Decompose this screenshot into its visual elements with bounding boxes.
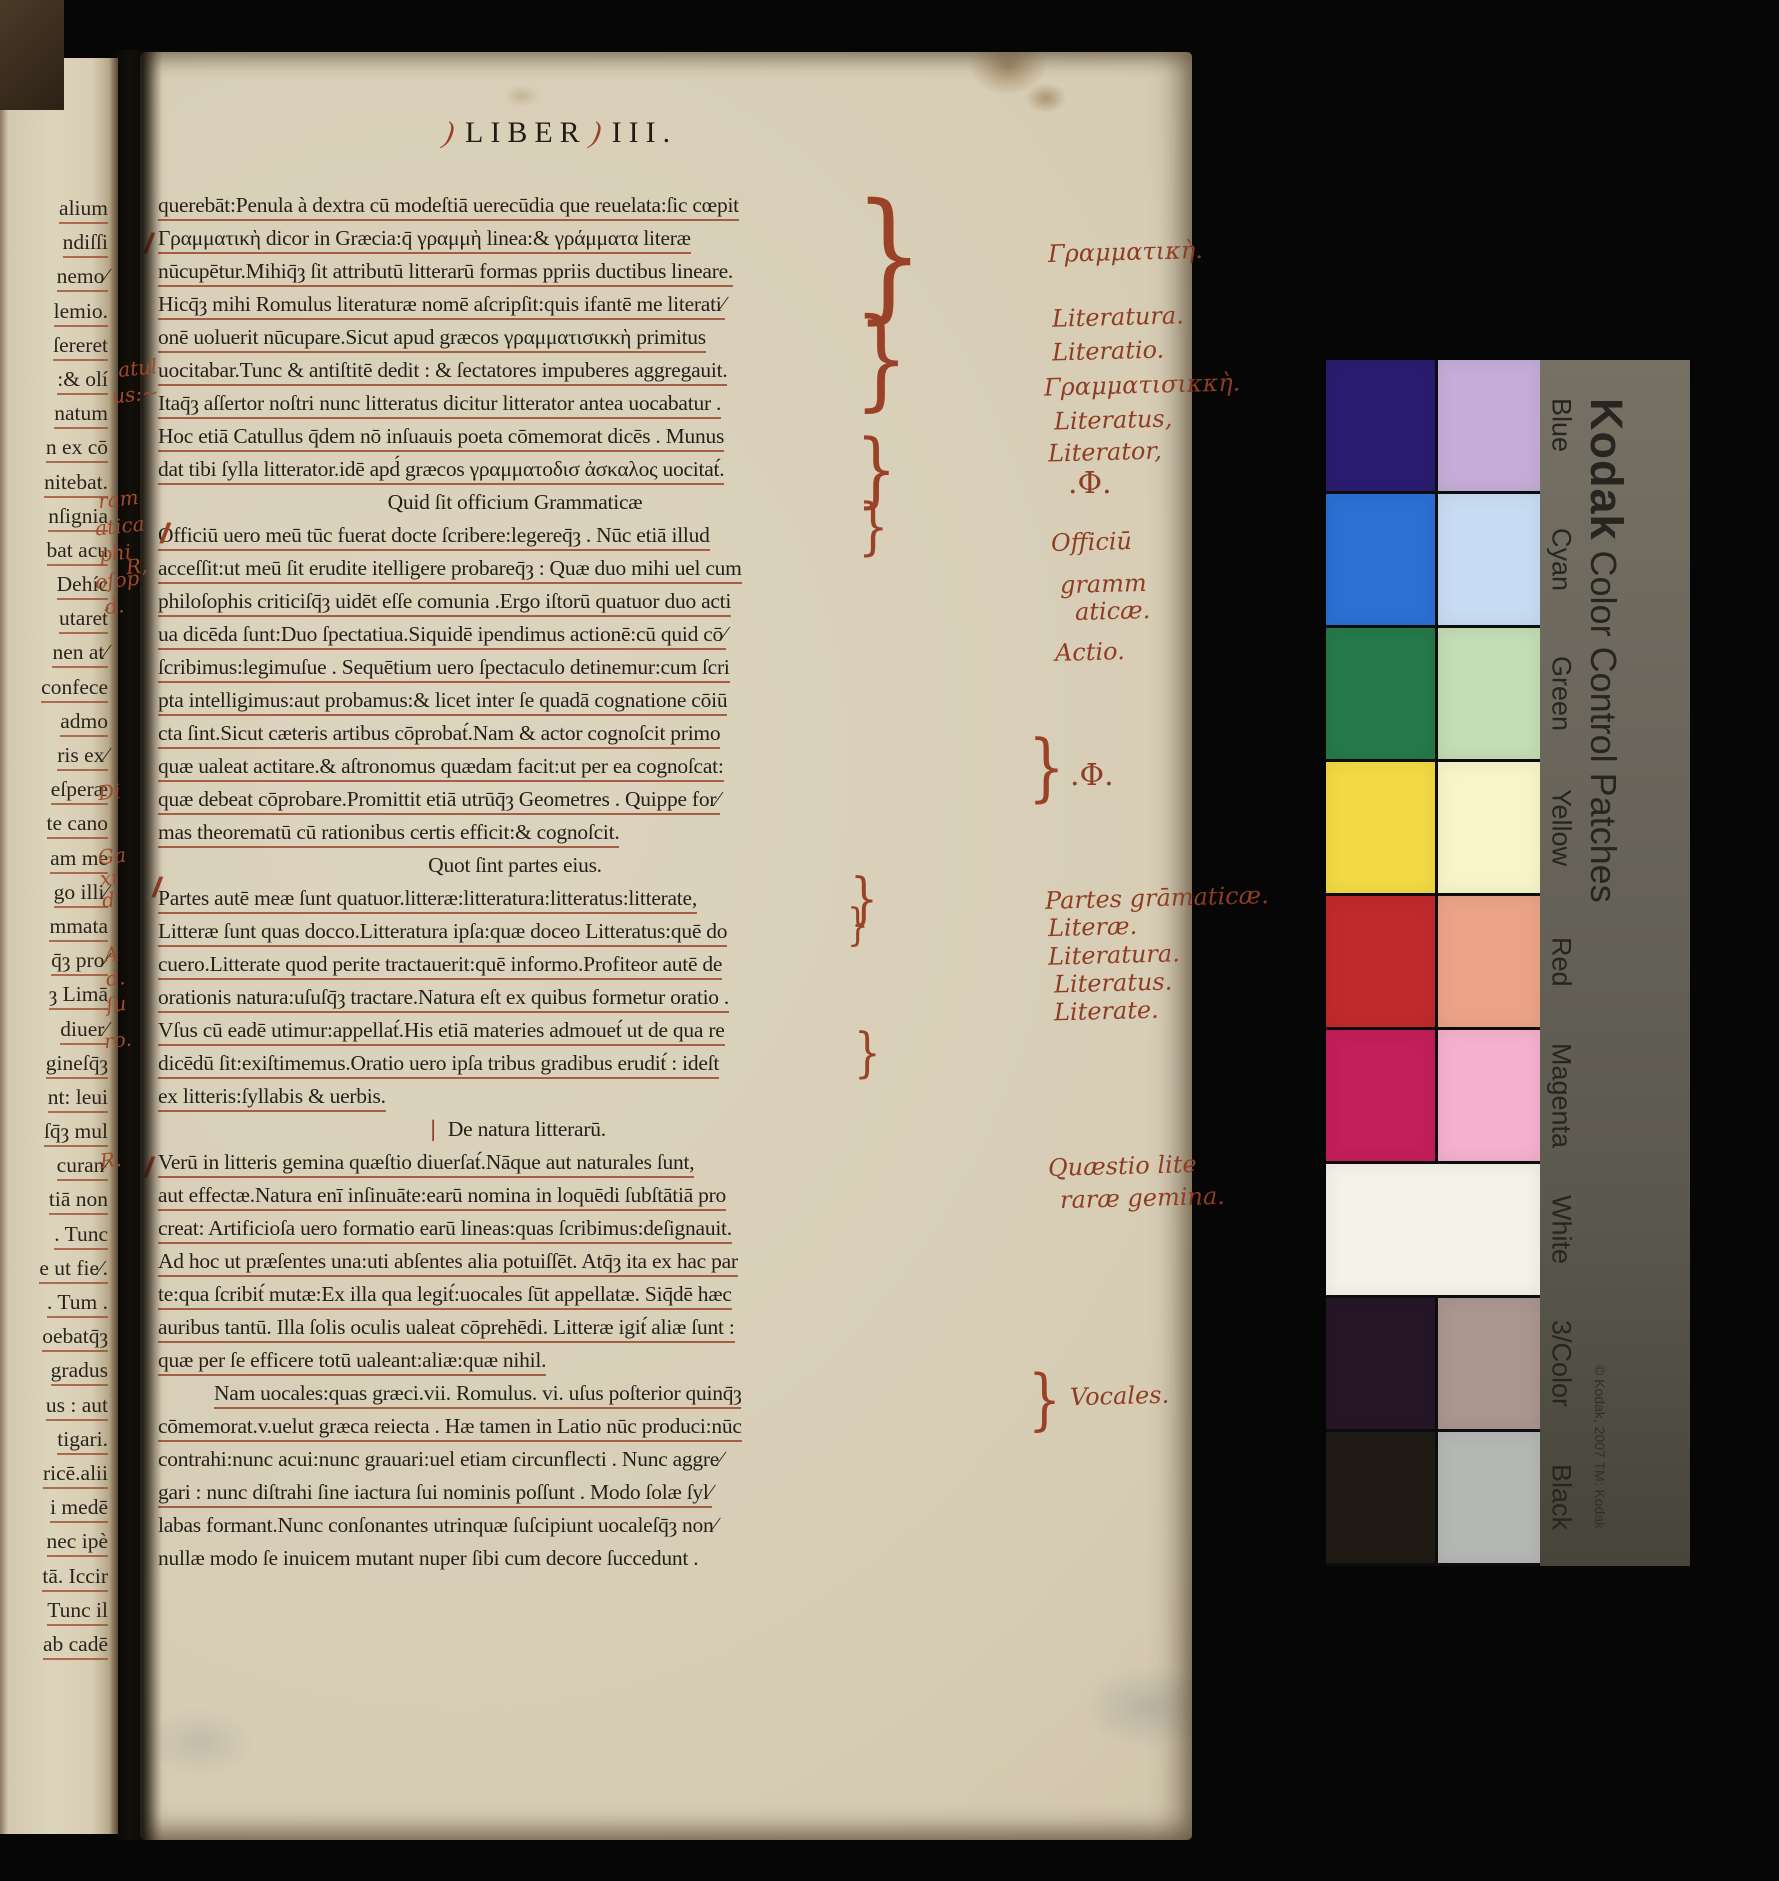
gutter-annotation: ſu bbox=[105, 991, 128, 1017]
red-paragraph-mark: ∕∕ bbox=[143, 1152, 149, 1182]
text-line-content: creat: Artificioſa uero formatio earū li… bbox=[158, 1216, 732, 1244]
facing-fragment-text: tiā non bbox=[49, 1187, 108, 1215]
text-line: Γραμματικὴ dicor in Græcia:q̄ γραμμὴ lin… bbox=[158, 226, 872, 259]
facing-text-fragment: :& olí bbox=[0, 367, 112, 401]
text-line: Vſus cū eadē utimur:appellat́.His etiā m… bbox=[158, 1018, 872, 1051]
facing-text-fragment: ricē.alii bbox=[0, 1461, 112, 1495]
facing-fragment-text: ȝ Limā bbox=[49, 982, 108, 1010]
section-heading: Quot ſint partes eius. bbox=[158, 853, 872, 886]
patch-label-magenta: Magenta bbox=[1540, 1030, 1582, 1161]
text-line: cta ſint.Sicut cæteris artibus cōprobat́… bbox=[158, 721, 872, 754]
facing-text-fragment: tigari. bbox=[0, 1427, 112, 1461]
margin-annotation: Officiū bbox=[1051, 527, 1133, 557]
facing-text-fragment: n ex cō bbox=[0, 435, 112, 469]
patch-label-green: Green bbox=[1540, 628, 1582, 759]
text-line: auribus tantū. Illa ſolis oculis ualeat … bbox=[158, 1315, 872, 1348]
text-line: Hicq̄ȝ mihi Romulus literaturæ nomē aſcr… bbox=[158, 292, 872, 325]
text-line: cōmemorat.v.uelut græca reiecta . Hæ tam… bbox=[158, 1414, 872, 1447]
text-line: gari : nunc diſtrahi ſine iactura ſui no… bbox=[158, 1480, 872, 1513]
card-copyright: © Kodak, 2007 TM: Kodak bbox=[1592, 1365, 1608, 1529]
patch-label-red: Red bbox=[1540, 896, 1582, 1027]
margin-annotation: Γραμματισικκὴ. bbox=[1044, 368, 1241, 401]
page-title-word: III. bbox=[612, 116, 677, 149]
text-line: querebāt:Penula à dextra cū modeſtiā uer… bbox=[158, 193, 872, 226]
red-brace-mark: } bbox=[847, 904, 869, 948]
text-line: orationis natura:uſuſq̄ȝ tractare.Natura… bbox=[158, 985, 872, 1018]
margin-annotation: Γραμματικὴ. bbox=[1048, 236, 1203, 268]
facing-text-fragment: ndiſſi bbox=[0, 230, 112, 264]
color-patch-magenta-light bbox=[1438, 1030, 1540, 1161]
facing-text-fragment: ab cadē bbox=[0, 1632, 112, 1666]
color-patch-yellow-dark bbox=[1326, 762, 1435, 893]
gutter-annotation: phi bbox=[98, 539, 132, 566]
kodak-brand-text: Kodak bbox=[1581, 398, 1632, 541]
red-paragraph-mark: ∕∕ bbox=[151, 872, 157, 902]
text-line: quæ per ſe efficere totū ualeant:aliæ:qu… bbox=[158, 1348, 872, 1381]
text-line: cuero.Litterate quod perite tractauerit:… bbox=[158, 952, 872, 985]
margin-annotation: Literatus. bbox=[1054, 967, 1173, 998]
text-line: Partes autē meæ ſunt quatuor.litteræ:lit… bbox=[158, 886, 872, 919]
red-paragraph-mark: ∕∕ bbox=[143, 228, 149, 258]
text-line: ua dicēda ſunt:Duo ſpectatiua.Siquidē ip… bbox=[158, 622, 872, 655]
text-line: contrahi:nunc acui:nunc grauari:uel etia… bbox=[158, 1447, 872, 1480]
text-line: nūcupētur.Mihiq̄ȝ ſit attributū litterar… bbox=[158, 259, 872, 292]
red-rubric-mark: ) bbox=[441, 116, 464, 150]
text-line: nullæ modo ſe inuicem mutant nuper ſibi … bbox=[158, 1546, 872, 1579]
color-patch-white bbox=[1326, 1164, 1540, 1295]
text-line: aut effectæ.Natura enī inſinuāte:earū no… bbox=[158, 1183, 872, 1216]
facing-fragment-text: ricē.alii bbox=[43, 1461, 108, 1489]
facing-text-fragment: go illi∕ bbox=[0, 880, 112, 914]
facing-fragment-text: nt: leui bbox=[48, 1085, 108, 1113]
text-line-content: cōmemorat.v.uelut græca reiecta . Hæ tam… bbox=[158, 1414, 742, 1442]
text-line: quæ debeat cōprobare.Promittit etiā utrū… bbox=[158, 787, 872, 820]
text-line: Itaq̄ȝ aſſertor noſtri nunc litteratus d… bbox=[158, 391, 872, 424]
facing-text-fragment: gradus bbox=[0, 1358, 112, 1392]
facing-text-fragment: i medē bbox=[0, 1495, 112, 1529]
text-line-content: Litteræ ſunt quas docco.Litteratura ipſa… bbox=[158, 919, 727, 947]
gutter-annotation: atul bbox=[117, 354, 159, 382]
text-line-content: acceſſit:ut meū ſit erudite itelligere p… bbox=[158, 556, 742, 584]
text-line-content: Officiū uero meū tūc fuerat docte ſcribe… bbox=[158, 523, 710, 551]
facing-text-fragment: oebatq̄ȝ bbox=[0, 1324, 112, 1358]
facing-text-fragment: te cano bbox=[0, 811, 112, 845]
patch-label-black: Black bbox=[1540, 1432, 1582, 1563]
facing-text-fragment: bat acu bbox=[0, 538, 112, 572]
facing-text-fragment: nec ipè bbox=[0, 1529, 112, 1563]
red-brace-mark: } bbox=[1028, 730, 1065, 804]
margin-annotation: .Φ. bbox=[1068, 466, 1112, 501]
book-binding-edge bbox=[0, 0, 64, 110]
text-line-content: Hoc etiā Catullus q̄dem nō inſuauis poet… bbox=[158, 424, 724, 452]
facing-text-fragment: ſereret bbox=[0, 333, 112, 367]
margin-annotation: Partes grāmaticæ. bbox=[1045, 881, 1269, 915]
text-line: Litteræ ſunt quas docco.Litteratura ipſa… bbox=[158, 919, 872, 952]
margin-annotation: Literate. bbox=[1054, 996, 1159, 1027]
text-line: ſcribimus:legimuſue . Sequētium uero ſpe… bbox=[158, 655, 872, 688]
main-text-column: querebāt:Penula à dextra cū modeſtiā uer… bbox=[158, 193, 872, 1579]
facing-text-fragment: ȝ Limā bbox=[0, 982, 112, 1016]
text-line: philoſophis criticiſq̄ȝ uidēt eſſe comun… bbox=[158, 589, 872, 622]
text-line-content: Partes autē meæ ſunt quatuor.litteræ:lit… bbox=[158, 886, 697, 914]
facing-text-fragment: mmata bbox=[0, 914, 112, 948]
facing-fragment-text: nen at∕ bbox=[52, 640, 108, 668]
color-patch-magenta-dark bbox=[1326, 1030, 1435, 1161]
text-line-content: ua dicēda ſunt:Duo ſpectatiua.Siquidē ip… bbox=[158, 622, 726, 650]
color-patch-black-light bbox=[1438, 1432, 1540, 1563]
color-patch-3-color-dark bbox=[1326, 1298, 1435, 1429]
facing-fragment-text: gradus bbox=[51, 1358, 108, 1386]
margin-annotation: Actio. bbox=[1055, 637, 1125, 667]
color-patch-blue-light bbox=[1438, 360, 1540, 491]
facing-fragment-text: :& olí bbox=[57, 367, 108, 395]
patch-label-yellow: Yellow bbox=[1540, 762, 1582, 893]
facing-fragment-text: . Tum . bbox=[47, 1290, 108, 1318]
margin-annotation: aticæ. bbox=[1075, 596, 1151, 626]
gutter-annotation: d. bbox=[104, 593, 126, 619]
text-line-content: cta ſint.Sicut cæteris artibus cōprobat́… bbox=[158, 721, 720, 749]
facing-fragment-text: ab cadē bbox=[43, 1632, 108, 1660]
text-line-content: Nam uocales:quas græci.vii. Romulus. vi.… bbox=[214, 1381, 741, 1409]
facing-fragment-text: admo bbox=[60, 709, 108, 737]
card-title-rest: Color Control Patches bbox=[1583, 541, 1624, 903]
heading-text: Quid ſit officium Grammaticæ bbox=[388, 490, 643, 516]
facing-text-fragment: am me bbox=[0, 846, 112, 880]
facing-fragment-text: oebatq̄ȝ bbox=[42, 1324, 108, 1352]
facing-text-fragment: tiā non bbox=[0, 1187, 112, 1221]
text-line: uocitabar.Tunc & antiſtitē dedit : & ſec… bbox=[158, 358, 872, 391]
facing-fragment-text: nemo∕ bbox=[57, 264, 108, 292]
facing-fragment-text: ris ex∕ bbox=[57, 743, 108, 771]
gutter-annotation: Di bbox=[97, 779, 122, 805]
margin-annotation: Literatus, bbox=[1054, 404, 1173, 435]
margin-annotation: Quæstio lite bbox=[1048, 1150, 1197, 1182]
text-line-content: philoſophis criticiſq̄ȝ uidēt eſſe comun… bbox=[158, 589, 731, 617]
facing-text-fragment: . Tunc bbox=[0, 1222, 112, 1256]
facing-fragment-text: Tunc il bbox=[47, 1598, 108, 1626]
color-patch-grid bbox=[1326, 360, 1540, 1566]
margin-annotation: Literatura. bbox=[1052, 301, 1184, 332]
patch-label-3-color: 3/Color bbox=[1540, 1298, 1582, 1429]
facing-page-text-fragments: aliumndiſſinemo∕lemio.ſereret:& olínatum… bbox=[0, 196, 112, 1666]
text-line: labas formant.Nunc conſonantes utrinquæ … bbox=[158, 1513, 872, 1546]
text-line-content: uocitabar.Tunc & antiſtitē dedit : & ſec… bbox=[158, 358, 727, 386]
text-line-content: te:qua ſcribit́ mutæ:Ex illa qua legit́:… bbox=[158, 1282, 732, 1310]
facing-fragment-text: tā. Iccir bbox=[42, 1564, 108, 1592]
red-rubric-mark: ) bbox=[588, 116, 611, 150]
text-line-content: ex litteris:ſyllabis & uerbis. bbox=[158, 1084, 386, 1112]
facing-text-fragment: Tunc il bbox=[0, 1598, 112, 1632]
text-line-content: quæ ualeat actitare.& aſtronomus quædam … bbox=[158, 754, 724, 782]
facing-text-fragment: nitebat. bbox=[0, 470, 112, 504]
heading-text: De natura litterarū. bbox=[448, 1117, 606, 1143]
color-patch-green-light bbox=[1438, 628, 1540, 759]
facing-fragment-text: lemio. bbox=[54, 299, 108, 327]
text-line-content: quæ per ſe efficere totū ualeant:aliæ:qu… bbox=[158, 1348, 546, 1376]
color-patch-green-dark bbox=[1326, 628, 1435, 759]
text-line-content: Hicq̄ȝ mihi Romulus literaturæ nomē aſcr… bbox=[158, 292, 725, 320]
facing-fragment-text: utaret́ bbox=[59, 606, 108, 634]
facing-text-fragment: q̄ȝ pro∕ bbox=[0, 948, 112, 982]
color-patch-red-light bbox=[1438, 896, 1540, 1027]
facing-text-fragment: tā. Iccir bbox=[0, 1564, 112, 1598]
text-line-content: Γραμματικὴ dicor in Græcia:q̄ γραμμὴ lin… bbox=[158, 226, 691, 254]
text-line-content: querebāt:Penula à dextra cū modeſtiā uer… bbox=[158, 193, 739, 221]
text-line: Verū in litteris gemina quæſtio diuerſat… bbox=[158, 1150, 872, 1183]
margin-annotation: Vocales. bbox=[1070, 1381, 1170, 1412]
margin-annotation: Literatio. bbox=[1052, 336, 1165, 367]
section-heading: Quid ſit officium Grammaticæ bbox=[158, 490, 872, 523]
text-line: creat: Artificioſa uero formatio earū li… bbox=[158, 1216, 872, 1249]
text-line-content: Ad hoc ut præſentes una:uti abſentes ali… bbox=[158, 1249, 738, 1277]
gutter-annotation: oſop bbox=[94, 566, 141, 594]
margin-annotation: .Φ. bbox=[1070, 758, 1114, 793]
facing-fragment-text: nec ipè bbox=[47, 1529, 108, 1557]
facing-text-fragment: nen at∕ bbox=[0, 640, 112, 674]
text-line: Officiū uero meū tūc fuerat docte ſcribe… bbox=[158, 523, 872, 556]
facing-text-fragment: diuer∕ bbox=[0, 1017, 112, 1051]
facing-text-fragment: natum bbox=[0, 401, 112, 435]
text-line-content: nūcupētur.Mihiq̄ȝ ſit attributū litterar… bbox=[158, 259, 733, 287]
facing-fragment-text: te cano bbox=[47, 811, 108, 839]
facing-text-fragment: nt: leui bbox=[0, 1085, 112, 1119]
color-patch-3-color-light bbox=[1438, 1298, 1540, 1429]
facing-text-fragment: ris ex∕ bbox=[0, 743, 112, 777]
facing-fragment-text: natum bbox=[54, 401, 108, 429]
text-line: te:qua ſcribit́ mutæ:Ex illa qua legit́:… bbox=[158, 1282, 872, 1315]
heading-text: Quot ſint partes eius. bbox=[428, 853, 602, 879]
color-patch-cyan-dark bbox=[1326, 494, 1435, 625]
text-line: dat tibi ſylla litterator.idē apd́ græco… bbox=[158, 457, 872, 490]
text-line-content: onē uoluerit nūcupare.Sicut apud græcos … bbox=[158, 325, 706, 353]
text-line: Ad hoc ut præſentes una:uti abſentes ali… bbox=[158, 1249, 872, 1282]
kodak-color-control-card: Kodak Color Control Patches © Kodak, 200… bbox=[1326, 360, 1690, 1566]
margin-annotation: raræ gemina. bbox=[1060, 1182, 1226, 1214]
gutter-annotation: d bbox=[101, 887, 116, 912]
facing-fragment-text: e ut fie∕. bbox=[39, 1256, 108, 1284]
gutter-annotation: ro. bbox=[103, 1027, 133, 1054]
text-line-content: orationis natura:uſuſq̄ȝ tractare.Natura… bbox=[158, 985, 729, 1013]
facing-text-fragment: nemo∕ bbox=[0, 264, 112, 298]
text-line: pta intelligimus:aut probamus:& licet in… bbox=[158, 688, 872, 721]
gutter-annotation: us:~ bbox=[111, 380, 160, 409]
facing-text-fragment: eſperæ bbox=[0, 777, 112, 811]
text-line: acceſſit:ut meū ſit erudite itelligere p… bbox=[158, 556, 872, 589]
facing-fragment-text: tigari. bbox=[57, 1427, 108, 1455]
facing-fragment-text: diuer∕ bbox=[60, 1017, 108, 1045]
facing-text-fragment: curan∕ bbox=[0, 1153, 112, 1187]
patch-label-white: White bbox=[1540, 1164, 1582, 1295]
text-line-content: Vſus cū eadē utimur:appellat́.His etiā m… bbox=[158, 1018, 725, 1046]
red-brace-mark: } bbox=[854, 1026, 881, 1080]
facing-fragment-text: mmata bbox=[49, 914, 108, 942]
card-title: Kodak Color Control Patches bbox=[1580, 398, 1632, 903]
facing-text-fragment: lemio. bbox=[0, 299, 112, 333]
text-line-content: mas theorematū cū rationibus certis effi… bbox=[158, 820, 619, 848]
text-line-content: contrahi:nunc acui:nunc grauari:uel etia… bbox=[158, 1447, 722, 1473]
text-line-content: Verū in litteris gemina quæſtio diuerſat… bbox=[158, 1150, 694, 1178]
color-patch-black-dark bbox=[1326, 1432, 1435, 1563]
text-line-content: cuero.Litterate quod perite tractauerit:… bbox=[158, 952, 722, 980]
red-brace-mark: } bbox=[1028, 1367, 1061, 1434]
text-line-content: ſcribimus:legimuſue . Sequētium uero ſpe… bbox=[158, 655, 730, 683]
section-heading: ❘De natura litterarū. bbox=[158, 1117, 872, 1150]
margin-annotation: Literatura. bbox=[1048, 939, 1180, 970]
color-patch-yellow-light bbox=[1438, 762, 1540, 893]
red-brace-mark: } bbox=[854, 304, 909, 414]
facing-fragment-text: n ex cō bbox=[46, 435, 108, 463]
gutter-annotation: A bbox=[103, 941, 120, 966]
facing-text-fragment: . Tum . bbox=[0, 1290, 112, 1324]
text-line-content: quæ debeat cōprobare.Promittit etiā utrū… bbox=[158, 787, 720, 815]
photograph-backdrop: aliumndiſſinemo∕lemio.ſereret:& olínatum… bbox=[0, 0, 1779, 1881]
patch-label-blue: Blue bbox=[1540, 360, 1582, 491]
text-line-content: dat tibi ſylla litterator.idē apd́ græco… bbox=[158, 457, 724, 485]
facing-fragment-text: ſereret bbox=[53, 333, 108, 361]
color-patch-cyan-light bbox=[1438, 494, 1540, 625]
text-line-content: dicēdū ſit:exiſtimemus.Oratio uero ipſa … bbox=[158, 1051, 719, 1079]
color-patch-red-dark bbox=[1326, 896, 1435, 1027]
gutter-annotation: d. bbox=[105, 965, 127, 991]
red-rubric-stroke: ❘ bbox=[424, 1117, 442, 1141]
facing-fragment-text: alium bbox=[59, 196, 108, 224]
margin-annotation: Literator, bbox=[1048, 437, 1163, 468]
facing-fragment-text: confece bbox=[41, 675, 108, 703]
facing-text-fragment: us : aut bbox=[0, 1393, 112, 1427]
facing-fragment-text: us : aut bbox=[46, 1393, 108, 1421]
text-line-content: pta intelligimus:aut probamus:& licet in… bbox=[158, 688, 727, 716]
text-line: onē uoluerit nūcupare.Sicut apud græcos … bbox=[158, 325, 872, 358]
facing-text-fragment: gineſq̄ȝ bbox=[0, 1051, 112, 1085]
facing-page-edge: aliumndiſſinemo∕lemio.ſereret:& olínatum… bbox=[0, 58, 118, 1834]
facing-fragment-text: i medē bbox=[50, 1495, 108, 1523]
facing-fragment-text: gineſq̄ȝ bbox=[46, 1051, 108, 1079]
card-label-strip: Kodak Color Control Patches © Kodak, 200… bbox=[1540, 360, 1690, 1566]
facing-fragment-text: q̄ȝ pro∕ bbox=[51, 948, 108, 976]
book-page: )LIBER)III. querebāt:Penula à dextra cū … bbox=[140, 52, 1192, 1840]
facing-text-fragment: confece bbox=[0, 675, 112, 709]
text-line: Nam uocales:quas græci.vii. Romulus. vi.… bbox=[158, 1381, 872, 1414]
margin-annotation: Literæ. bbox=[1048, 912, 1138, 942]
text-line: Hoc etiā Catullus q̄dem nō inſuauis poet… bbox=[158, 424, 872, 457]
gutter-annotation: R. bbox=[99, 1147, 123, 1173]
facing-text-fragment: utaret́ bbox=[0, 606, 112, 640]
red-brace-mark: } bbox=[858, 496, 889, 557]
text-line: mas theorematū cū rationibus certis effi… bbox=[158, 820, 872, 853]
text-line: quæ ualeat actitare.& aſtronomus quædam … bbox=[158, 754, 872, 787]
text-line: dicēdū ſit:exiſtimemus.Oratio uero ipſa … bbox=[158, 1051, 872, 1084]
text-line-content: Itaq̄ȝ aſſertor noſtri nunc litteratus d… bbox=[158, 391, 721, 419]
text-line-content: aut effectæ.Natura enī inſinuāte:earū no… bbox=[158, 1183, 726, 1211]
facing-fragment-text: ſq̄ȝ mul bbox=[44, 1119, 108, 1147]
facing-text-fragment: ſq̄ȝ mul bbox=[0, 1119, 112, 1153]
page-title: )LIBER)III. bbox=[440, 116, 677, 150]
facing-text-fragment: admo bbox=[0, 709, 112, 743]
gutter-annotation: ram bbox=[97, 485, 140, 513]
facing-fragment-text: ndiſſi bbox=[63, 230, 108, 258]
text-line-content: labas formant.Nunc conſonantes utrinquæ … bbox=[158, 1513, 717, 1539]
text-line-content: nullæ modo ſe inuicem mutant nuper ſibi … bbox=[158, 1546, 698, 1572]
page-title-word: LIBER bbox=[465, 116, 587, 149]
facing-text-fragment: alium bbox=[0, 196, 112, 230]
color-patch-blue-dark bbox=[1326, 360, 1435, 491]
gutter-annotation: atica bbox=[94, 511, 146, 540]
text-line: ex litteris:ſyllabis & uerbis. bbox=[158, 1084, 872, 1117]
facing-fragment-text: . Tunc bbox=[54, 1222, 108, 1250]
text-line-content: gari : nunc diſtrahi ſine iactura ſui no… bbox=[158, 1480, 712, 1508]
text-line-content: auribus tantū. Illa ſolis oculis ualeat … bbox=[158, 1315, 735, 1343]
margin-annotation: gramm bbox=[1060, 569, 1147, 599]
patch-label-cyan: Cyan bbox=[1540, 494, 1582, 625]
facing-text-fragment: e ut fie∕. bbox=[0, 1256, 112, 1290]
